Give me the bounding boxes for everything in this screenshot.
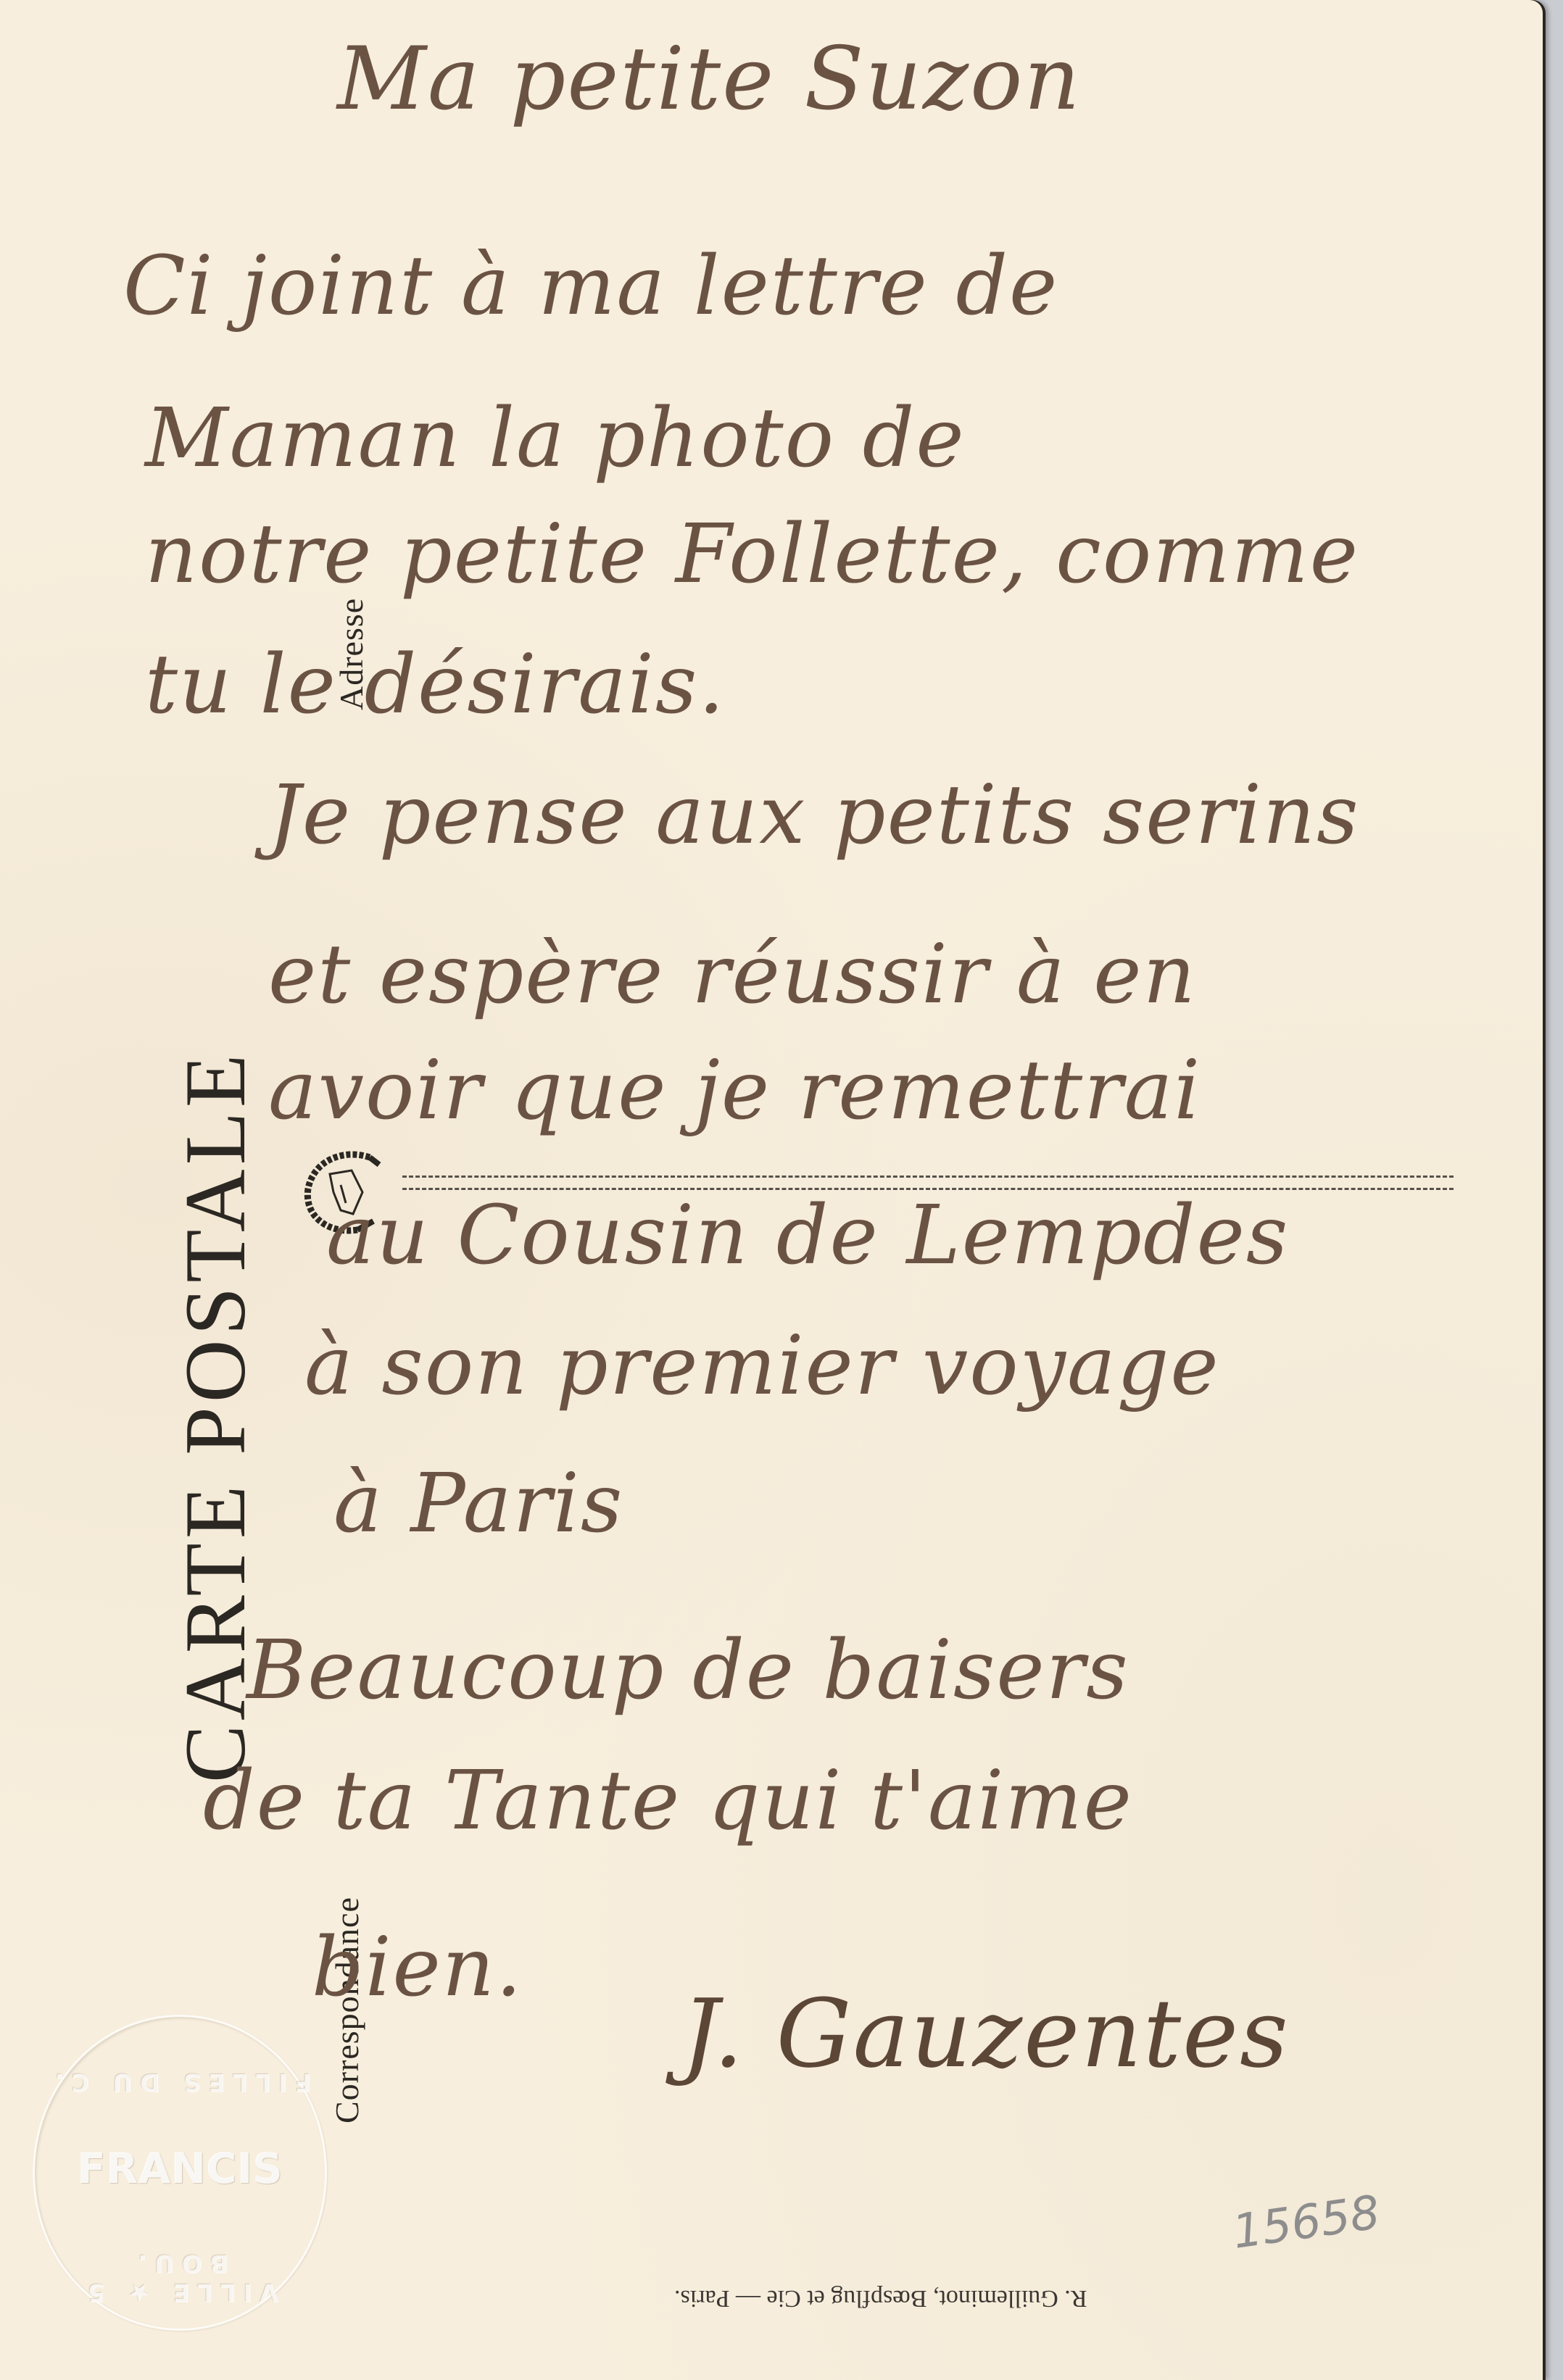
embossed-seal: FILLES DU C. FRANCIS VILLE ★ 5 BOU. <box>33 2015 327 2331</box>
letter-line: à son premier voyage <box>304 1319 1220 1413</box>
seal-ring-bottom: VILLE ★ 5 BOU. <box>35 2249 325 2307</box>
letter-line: Beaucoup de baisers <box>246 1623 1129 1718</box>
letter-line: notre petite Follette, comme <box>145 507 1359 602</box>
seal-ring-top: FILLES DU C. <box>35 2068 325 2097</box>
letter-line: bien. <box>312 1921 523 2015</box>
publisher-imprint: R. Guilleminot, Bœspflug et Cie — Paris. <box>674 2284 1087 2312</box>
salutation: Ma petite Suzon <box>337 29 1082 130</box>
letter-line: avoir que je remettrai <box>268 1044 1201 1138</box>
letter-line: à Paris <box>333 1457 623 1551</box>
signature: J. Gauzentes <box>681 1979 1290 2089</box>
letter-line: au Cousin de Lempdes <box>326 1189 1289 1283</box>
letter-line: Je pense aux petits serins <box>268 768 1360 862</box>
seal-center-text: FRANCIS <box>35 2144 325 2193</box>
letter-line: Ci joint à ma lettre de <box>123 239 1058 333</box>
address-divider <box>402 1176 1454 1190</box>
postcard: CARTE POSTALE Adresse Correspondance FIL… <box>0 0 1543 2380</box>
archive-number: 15658 <box>1230 2186 1383 2260</box>
letter-line: Maman la photo de <box>145 391 966 486</box>
letter-line: tu le désirais. <box>145 638 726 732</box>
letter-line: et espère réussir à en <box>268 928 1197 1022</box>
letter-line: de ta Tante qui t'aime <box>203 1754 1133 1848</box>
